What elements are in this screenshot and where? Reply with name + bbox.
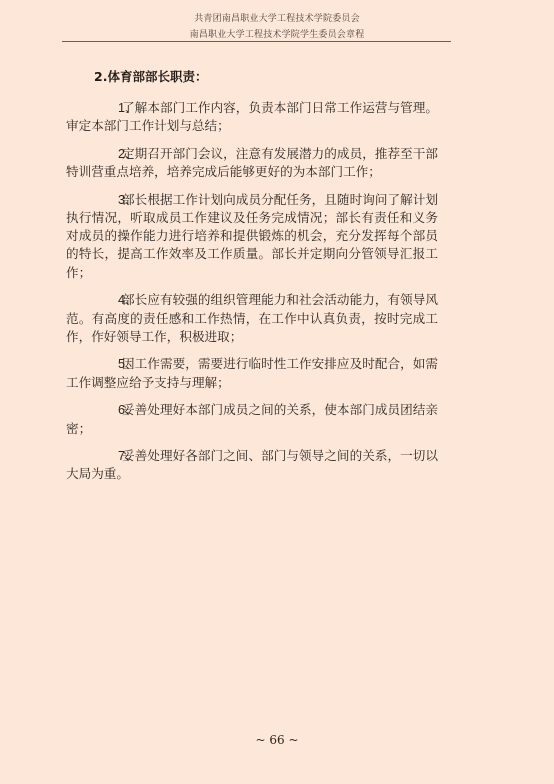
duty-item-2: 2、定期召开部门会议，注意有发展潜力的成员，推荐至干部特训营重点培养，培养完成后…	[66, 145, 438, 181]
duty-list: 1、了解本部门工作内容，负责本部门日常工作运营与管理。审定本部门工作计划与总结；…	[66, 99, 438, 493]
duty-item-6: 6、妥善处理好本部门成员之间的关系，使本部门成员团结亲密；	[66, 401, 438, 437]
duty-item-3: 3、部长根据工作计划向成员分配任务，且随时询问了解计划执行情况，听取成员工作建议…	[66, 191, 438, 282]
item-number: 1、	[92, 99, 122, 117]
duty-item-1: 1、了解本部门工作内容，负责本部门日常工作运营与管理。审定本部门工作计划与总结；	[66, 99, 438, 135]
section-title: 2.体育部部长职责：	[94, 67, 207, 85]
duty-item-4: 4、部长应有较强的组织管理能力和社会活动能力，有领导风范。有高度的责任感和工作热…	[66, 291, 438, 346]
item-text: 妥善处理好各部门之间、部门与领导之间的关系，一切以大局为重。	[66, 448, 438, 481]
header-organization: 共青团南昌职业大学工程技术学院委员会	[0, 11, 554, 24]
item-text: 了解本部门工作内容，负责本部门日常工作运营与管理。审定本部门工作计划与总结；	[66, 100, 438, 133]
item-number: 5、	[92, 355, 122, 373]
duty-item-5: 5、因工作需要，需要进行临时性工作安排应及时配合，如需工作调整应给予支持与理解；	[66, 355, 438, 391]
duty-item-7: 7、妥善处理好各部门之间、部门与领导之间的关系，一切以大局为重。	[66, 447, 438, 483]
item-text: 部长根据工作计划向成员分配任务，且随时询问了解计划执行情况，听取成员工作建议及任…	[66, 192, 438, 280]
item-number: 6、	[92, 401, 122, 419]
item-text: 部长应有较强的组织管理能力和社会活动能力，有领导风范。有高度的责任感和工作热情，…	[66, 292, 438, 343]
item-text: 定期召开部门会议，注意有发展潜力的成员，推荐至干部特训营重点培养，培养完成后能够…	[66, 146, 438, 179]
item-number: 7、	[92, 447, 122, 465]
item-text: 因工作需要，需要进行临时性工作安排应及时配合，如需工作调整应给予支持与理解；	[66, 356, 438, 389]
page-number: ~ 66 ~	[0, 733, 554, 747]
header-divider	[62, 41, 451, 42]
item-number: 4、	[92, 291, 122, 309]
header-document-title: 南昌职业大学工程技术学院学生委员会章程	[0, 27, 554, 40]
item-number: 2、	[92, 145, 122, 163]
item-number: 3、	[92, 191, 122, 209]
